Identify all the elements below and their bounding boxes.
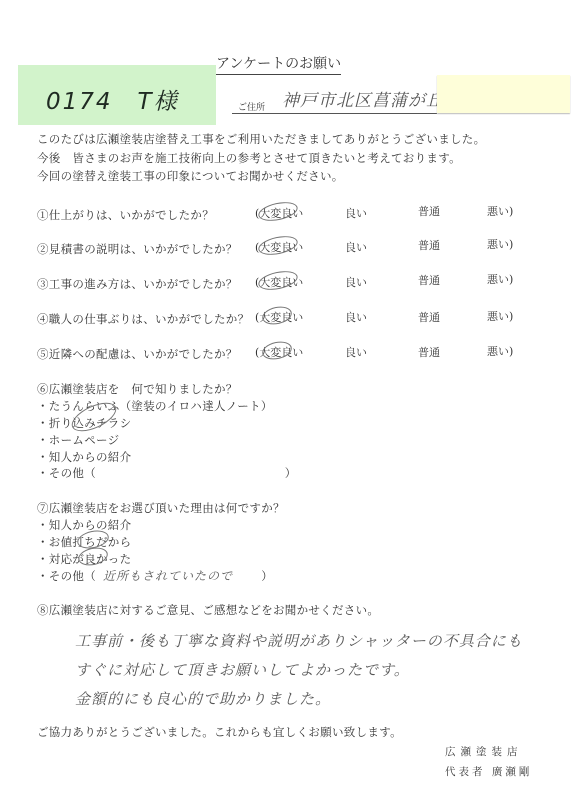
company-name: 広瀬塗装店 [445,744,523,759]
thanks-message: ご協力ありがとうございました。これからも宜しくお願い致します。 [37,724,402,740]
q8-answer-line-3: 金額的にも良心的で助かりました。 [75,688,331,709]
q8-answer-line-1: 工事前・後も丁寧な資料や説明がありシャッターの不具合にも [75,630,523,651]
q7-option-1[interactable]: ・知人からの紹介 [37,517,131,533]
question-label: ②見積書の説明は、いかがでしたか？ [37,241,238,257]
option-good[interactable]: 良い [345,274,367,290]
option-good[interactable]: 良い [345,205,367,221]
q6-option-4[interactable]: ・知人からの紹介 [37,449,131,465]
option-bad[interactable]: 悪い) [487,203,513,219]
option-bad[interactable]: 悪い) [487,236,513,252]
q8-label: ⑧広瀬塗装店に対するご意見、ご感想などをお聞かせください。 [37,602,379,618]
q6-option-other[interactable]: ・その他（ ） [37,465,297,481]
option-good[interactable]: 良い [345,309,367,325]
intro-line-3: 今回の塗替え塗装工事の印象についてお聞かせください。 [37,168,344,184]
q7-label: ⑦広瀬塗装店をお選び頂いた理由は何ですか？ [37,500,285,516]
option-average[interactable]: 普通 [418,203,440,219]
option-average[interactable]: 普通 [418,309,440,325]
q7-other-text: 近所もされていたので [103,567,233,584]
address-label: ご住所 [238,100,265,114]
option-average[interactable]: 普通 [418,272,440,288]
option-good[interactable]: 良い [345,344,367,360]
intro-line-2: 今後 皆さまのお声を施工技術向上の参考とさせて頂きたいと考えております。 [37,150,461,166]
q6-option-1[interactable]: ・たうんらいふ（塗装のイロハ達人ノート） [37,398,273,414]
option-bad[interactable]: 悪い) [487,271,513,287]
q6-label: ⑥広瀬塗装店を 何で知りましたか？ [37,381,238,397]
representative-name: 代表者 廣瀬剛 [445,764,532,779]
option-bad[interactable]: 悪い) [487,343,513,359]
question-label: ③工事の進み方は、いかがでしたか？ [37,276,238,292]
option-bad[interactable]: 悪い) [487,308,513,324]
question-label: ④職人の仕事ぶりは、いかがでしたか？ [37,311,249,327]
customer-id-text: 0174 T様 [46,83,179,116]
address-underline [232,113,437,114]
intro-line-1: このたびは広瀬塗装店塗替え工事をご利用いただきましてありがとうございました。 [37,131,485,147]
address-redaction-note [437,75,570,113]
q6-option-3[interactable]: ・ホームページ [37,432,119,448]
question-label: ①仕上がりは、いかがでしたか？ [37,207,214,223]
q8-answer-line-2: すぐに対応して頂きお願いしてよかったです。 [75,659,410,680]
address-value: 神戸市北区菖蒲が丘 [282,86,444,111]
option-average[interactable]: 普通 [418,237,440,253]
option-average[interactable]: 普通 [418,344,440,360]
customer-id-sticky-note: 0174 T様 [18,65,216,125]
question-label: ⑤近隣への配慮は、いかがでしたか？ [37,346,238,362]
page-title: アンケートのお願い [216,53,341,75]
option-good[interactable]: 良い [345,239,367,255]
